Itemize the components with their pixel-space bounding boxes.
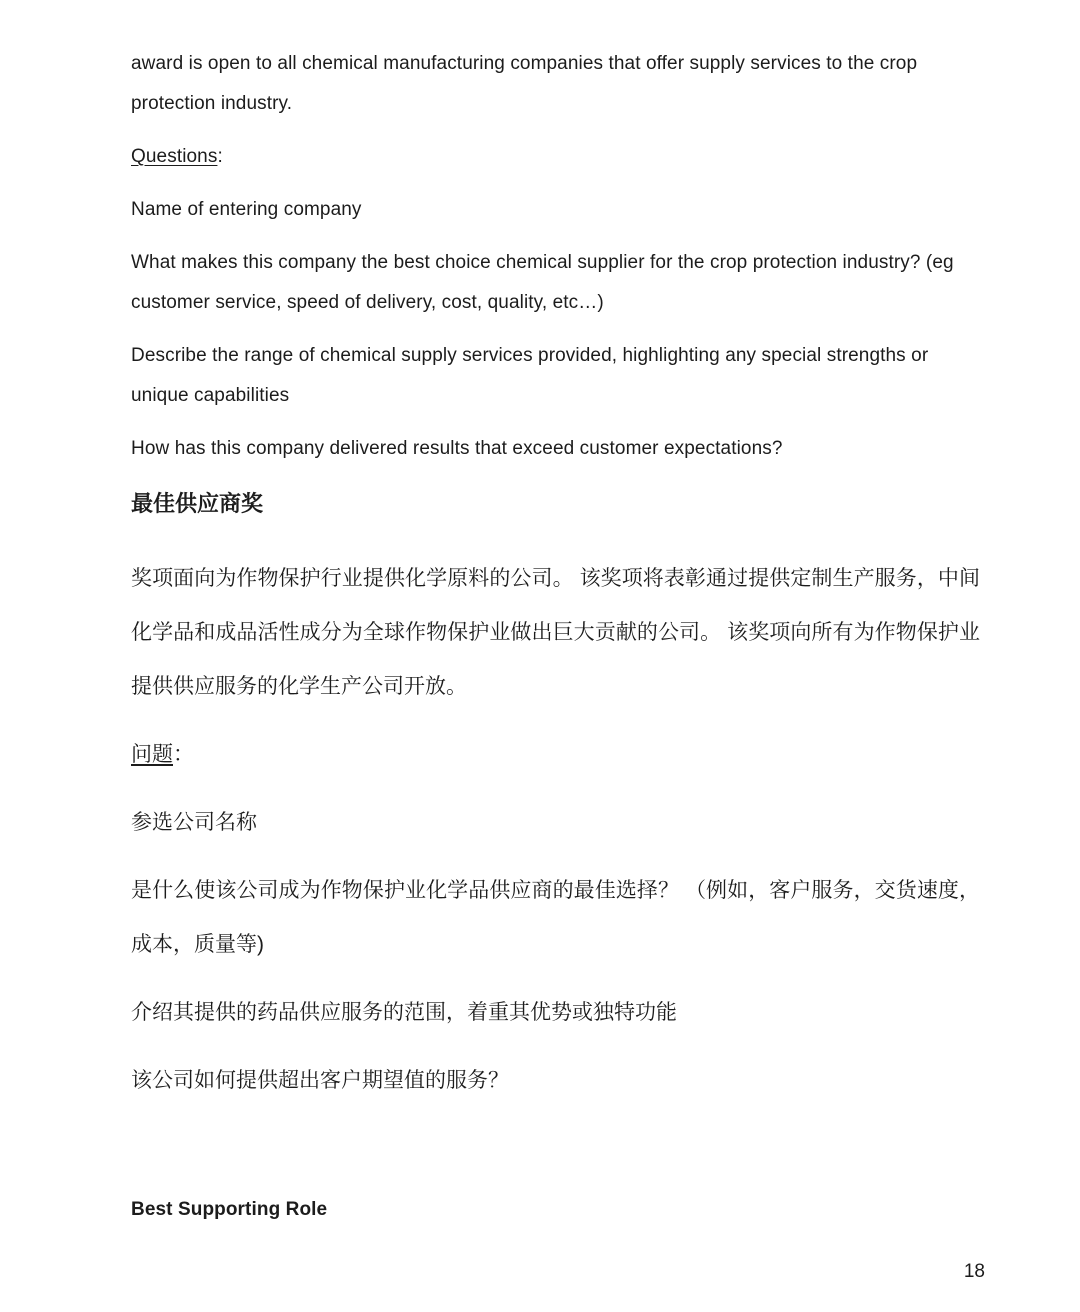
award-heading-zh: 最佳供应商奖: [131, 482, 980, 526]
intro-paragraph: award is open to all chemical manufactur…: [131, 44, 980, 124]
questions-label-zh: 问题: [131, 743, 173, 766]
question-zh-4: 该公司如何提供超出客户期望值的服务？: [131, 1054, 980, 1108]
questions-label-en: Questions: [131, 146, 217, 167]
question-zh-3: 介绍其提供的药品供应服务的范围，着重其优势或独特功能: [131, 986, 980, 1040]
question-en-2: What makes this company the best choice …: [131, 243, 980, 323]
award-paragraph-zh: 奖项面向为作物保护行业提供化学原料的公司。 该奖项将表彰通过提供定制生产服务，中…: [131, 552, 980, 714]
question-zh-1: 参选公司名称: [131, 796, 980, 850]
question-en-4: How has this company delivered results t…: [131, 429, 980, 469]
question-en-3: Describe the range of chemical supply se…: [131, 336, 980, 416]
page-number: 18: [964, 1260, 985, 1284]
questions-colon-en: :: [217, 146, 222, 167]
questions-heading-zh: 问题：: [131, 728, 980, 782]
document-page: award is open to all chemical manufactur…: [0, 0, 1080, 1312]
questions-heading-en: Questions:: [131, 137, 980, 177]
questions-colon-zh: ：: [173, 743, 194, 766]
question-zh-2: 是什么使该公司成为作物保护业化学品供应商的最佳选择？ （例如，客户服务，交货速度…: [131, 864, 980, 972]
question-en-1: Name of entering company: [131, 190, 980, 230]
next-section-heading: Best Supporting Role: [131, 1190, 980, 1230]
